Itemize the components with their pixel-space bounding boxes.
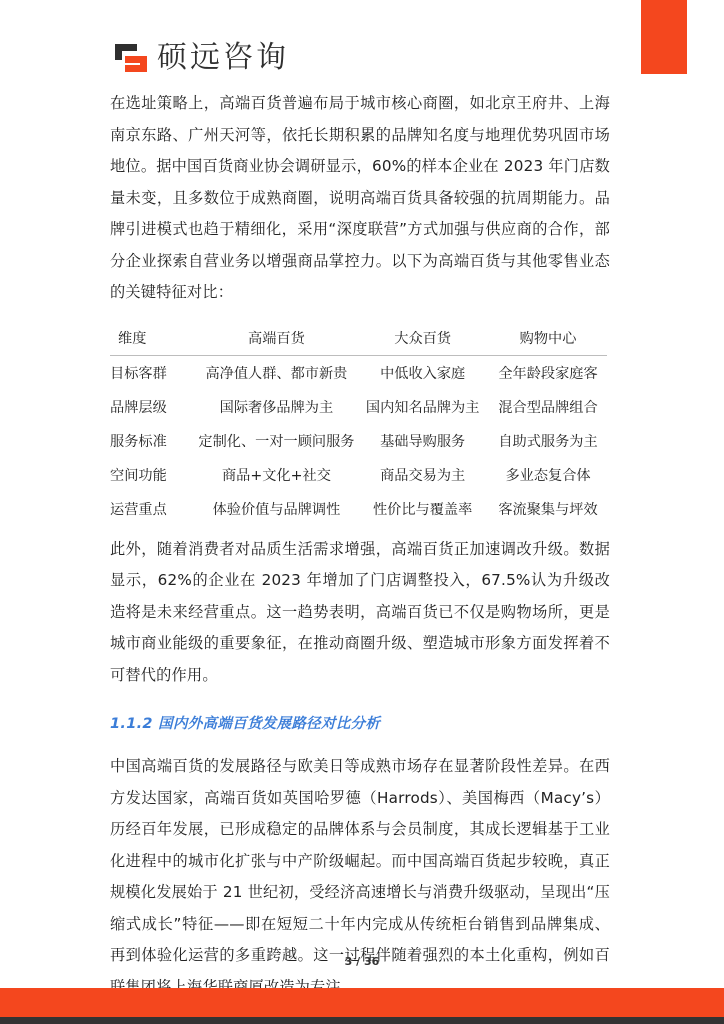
brand-logo: 硕远咨询 bbox=[113, 40, 289, 76]
table-row: 运营重点 体验价值与品牌调性 性价比与覆盖率 客流聚集与坪效 bbox=[110, 492, 607, 526]
footer-dark-strip bbox=[0, 1017, 724, 1024]
table-cell: 客流聚集与坪效 bbox=[489, 492, 607, 526]
table-header-cell: 购物中心 bbox=[489, 322, 607, 356]
table-header-cell: 维度 bbox=[110, 322, 197, 356]
document-body: 在选址策略上，高端百货普遍布局于城市核心商圈，如北京王府井、上海南京东路、广州天… bbox=[110, 88, 610, 1003]
table-cell: 国际奢侈品牌为主 bbox=[197, 390, 357, 424]
table-cell: 运营重点 bbox=[110, 492, 197, 526]
table-cell: 商品+文化+社交 bbox=[197, 458, 357, 492]
section-heading: 1.1.2 国内外高端百货发展路径对比分析 bbox=[110, 711, 610, 737]
section-number: 1.1.2 bbox=[110, 716, 153, 732]
table-cell: 空间功能 bbox=[110, 458, 197, 492]
table-header-cell: 大众百货 bbox=[356, 322, 489, 356]
after-table-paragraph: 此外，随着消费者对品质生活需求增强，高端百货正加速调改升级。数据显示，62%的企… bbox=[110, 534, 610, 692]
table-cell: 多业态复合体 bbox=[489, 458, 607, 492]
table-cell: 体验价值与品牌调性 bbox=[197, 492, 357, 526]
table-row: 目标客群 高净值人群、都市新贵 中低收入家庭 全年龄段家庭客 bbox=[110, 355, 607, 390]
table-cell: 目标客群 bbox=[110, 355, 197, 390]
table-row: 空间功能 商品+文化+社交 商品交易为主 多业态复合体 bbox=[110, 458, 607, 492]
table-cell: 全年龄段家庭客 bbox=[489, 355, 607, 390]
table-cell: 服务标准 bbox=[110, 424, 197, 458]
comparison-table: 维度 高端百货 大众百货 购物中心 目标客群 高净值人群、都市新贵 中低收入家庭… bbox=[110, 322, 607, 526]
section-title: 国内外高端百货发展路径对比分析 bbox=[158, 716, 380, 732]
page-number: 3 / 36 bbox=[0, 955, 724, 968]
table-row: 品牌层级 国际奢侈品牌为主 国内知名品牌为主 混合型品牌组合 bbox=[110, 390, 607, 424]
table-cell: 国内知名品牌为主 bbox=[356, 390, 489, 424]
intro-paragraph: 在选址策略上，高端百货普遍布局于城市核心商圈，如北京王府井、上海南京东路、广州天… bbox=[110, 88, 610, 309]
table-cell: 商品交易为主 bbox=[356, 458, 489, 492]
corner-accent-block bbox=[641, 0, 687, 74]
table-cell: 品牌层级 bbox=[110, 390, 197, 424]
table-header-cell: 高端百货 bbox=[197, 322, 357, 356]
table-row: 服务标准 定制化、一对一顾问服务 基础导购服务 自助式服务为主 bbox=[110, 424, 607, 458]
table-cell: 基础导购服务 bbox=[356, 424, 489, 458]
table-cell: 性价比与覆盖率 bbox=[356, 492, 489, 526]
table-cell: 高净值人群、都市新贵 bbox=[197, 355, 357, 390]
table-cell: 定制化、一对一顾问服务 bbox=[197, 424, 357, 458]
table-cell: 混合型品牌组合 bbox=[489, 390, 607, 424]
table-cell: 中低收入家庭 bbox=[356, 355, 489, 390]
footer-accent-bar bbox=[0, 988, 724, 1017]
brand-name: 硕远咨询 bbox=[157, 40, 289, 76]
logo-mark-icon bbox=[113, 42, 149, 74]
table-cell: 自助式服务为主 bbox=[489, 424, 607, 458]
table-header-row: 维度 高端百货 大众百货 购物中心 bbox=[110, 322, 607, 356]
